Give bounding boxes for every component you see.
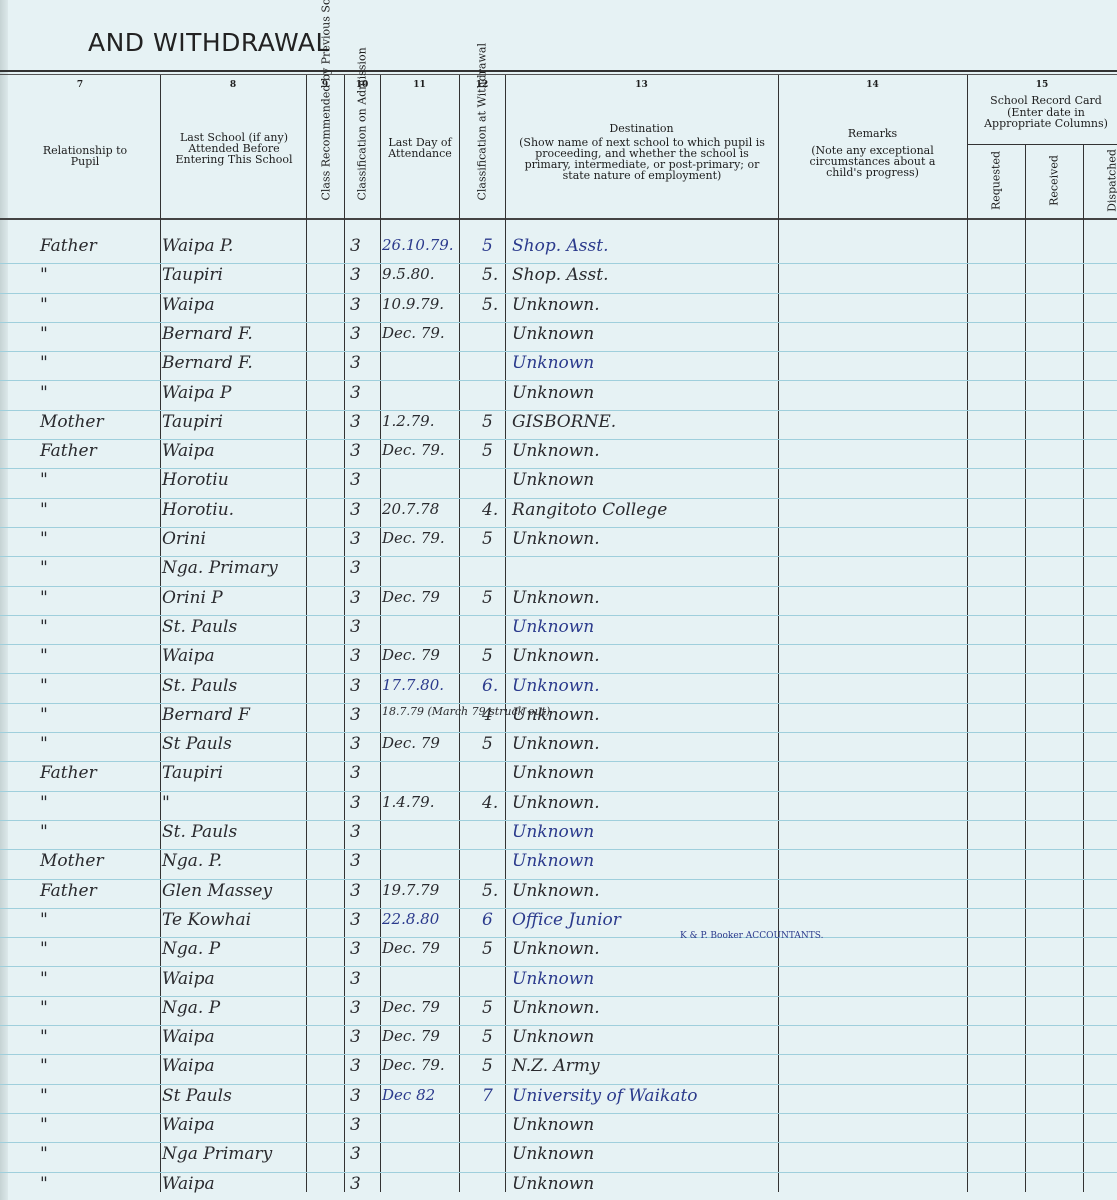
classification-withdrawal-cell: 5. [482,295,498,315]
register-row: "Taupiri39.5.80.5.Shop. Asst. [0,263,1117,293]
destination-cell: Unknown [512,969,594,989]
register-row: "St Pauls3Dec 827University of Waikato [0,1084,1117,1114]
last-school-cell: Waipa [162,646,215,666]
last-day-cell: Dec. 79. [382,441,445,459]
destination-cell: Rangitoto College [512,500,667,520]
last-school-cell: Nga. P [162,998,220,1018]
register-row: "Bernard F.3Dec. 79.Unknown [0,322,1117,352]
classification-admission-cell: 3 [350,1115,361,1135]
classification-withdrawal-cell: 5 [482,412,493,432]
destination-cell: Unknown [512,324,594,344]
last-day-cell: 9.5.80. [382,265,434,283]
classification-admission-cell: 3 [350,265,361,285]
register-row: "Waipa3Dec. 795Unknown. [0,644,1117,674]
relationship-cell: Mother [40,412,104,432]
relationship-cell: " [40,324,48,344]
classification-admission-cell: 3 [350,236,361,256]
last-school-cell: Nga. P. [162,851,222,871]
relationship-cell: " [40,822,48,842]
relationship-cell: " [40,1027,48,1047]
last-school-cell: Bernard F. [162,353,253,373]
relationship-cell: " [40,646,48,666]
register-row: "Horotiu3Unknown [0,468,1117,498]
col15-number: 15 [967,80,1117,90]
last-school-cell: Waipa [162,1056,215,1076]
classification-withdrawal-cell: 5. [482,265,498,285]
relationship-cell: " [40,353,48,373]
classification-withdrawal-cell: 4 [482,705,493,725]
destination-cell: Unknown. [512,793,600,813]
relationship-cell: " [40,1174,48,1194]
col10-label: Classification on Admission [357,81,368,201]
register-row: "Nga. P3Dec. 795Unknown.K & P. Booker AC… [0,937,1117,967]
last-school-cell: Bernard F. [162,324,253,344]
register-row: "Nga Primary3Unknown [0,1142,1117,1172]
register-row: "Orini3Dec. 79.5Unknown. [0,527,1117,557]
last-school-cell: St. Pauls [162,617,237,637]
last-day-cell: 1.4.79. [382,793,434,811]
relationship-cell: Father [40,763,97,783]
col14-label: Remarks [778,128,967,139]
last-day-cell: Dec. 79. [382,529,445,547]
destination-cell: N.Z. Army [512,1056,600,1076]
col15-received-label: Received [1049,136,1060,226]
last-day-cell: 1.2.79. [382,412,434,430]
classification-withdrawal-cell: 5 [482,236,493,256]
register-row: "Nga. P3Dec. 795Unknown. [0,996,1117,1026]
col15-label: School Record Card [975,95,1117,106]
relationship-cell: " [40,529,48,549]
register-row: FatherWaipa P.326.10.79.5Shop. Asst. [0,234,1117,264]
page-title: AND WITHDRAWAL [88,28,330,57]
register-row: "Waipa3Unknown [0,967,1117,997]
last-day-cell: 10.9.79. [382,295,444,313]
classification-admission-cell: 3 [350,1144,361,1164]
header-bottom-rule [0,218,1117,220]
col15-note: (Enter date in Appropriate Columns) [975,107,1117,129]
destination-cell: Unknown. [512,676,600,696]
destination-cell: Shop. Asst. [512,236,608,256]
register-row: "Waipa3Dec. 795Unknown [0,1025,1117,1055]
classification-withdrawal-cell: 6. [482,676,498,696]
destination-cell: Unknown. [512,939,600,959]
relationship-cell: " [40,558,48,578]
col13-number: 13 [505,80,778,90]
last-day-cell: Dec. 79 [382,646,440,664]
last-day-cell: Dec. 79. [382,1056,445,1074]
relationship-cell: " [40,910,48,930]
register-row: "St. Pauls3Unknown [0,615,1117,645]
classification-admission-cell: 3 [350,939,361,959]
relationship-cell: Father [40,881,97,901]
destination-cell: Unknown [512,470,594,490]
classification-withdrawal-cell: 5 [482,529,493,549]
classification-admission-cell: 3 [350,588,361,608]
register-row: FatherTaupiri3Unknown [0,761,1117,791]
remarks-cell: K & P. Booker ACCOUNTANTS. [680,931,824,941]
register-row: FatherWaipa3Dec. 79.5Unknown. [0,439,1117,469]
relationship-cell: " [40,588,48,608]
last-school-cell: " [162,793,170,813]
destination-cell: Unknown. [512,734,600,754]
last-school-cell: Waipa [162,1174,215,1194]
last-school-cell: Taupiri [162,265,223,285]
classification-admission-cell: 3 [350,676,361,696]
classification-admission-cell: 3 [350,1027,361,1047]
classification-admission-cell: 3 [350,646,361,666]
last-day-cell: Dec. 79 [382,1027,440,1045]
relationship-cell: " [40,969,48,989]
last-school-cell: Horotiu. [162,500,234,520]
destination-cell: Unknown. [512,705,600,725]
last-school-cell: Horotiu [162,470,229,490]
last-school-cell: Nga. P [162,939,220,959]
relationship-cell: " [40,500,48,520]
classification-admission-cell: 3 [350,441,361,461]
relationship-cell: " [40,383,48,403]
destination-cell: Unknown [512,822,594,842]
register-row: "Horotiu.320.7.784.Rangitoto College [0,498,1117,528]
destination-cell: University of Waikato [512,1086,698,1106]
last-school-cell: Taupiri [162,412,223,432]
relationship-cell: " [40,265,48,285]
last-school-cell: Waipa P [162,383,231,403]
register-row: ""31.4.79.4.Unknown. [0,791,1117,821]
classification-admission-cell: 3 [350,353,361,373]
last-school-cell: Nga. Primary [162,558,278,578]
classification-admission-cell: 3 [350,617,361,637]
classification-withdrawal-cell: 4. [482,500,498,520]
destination-cell: Unknown. [512,529,600,549]
destination-cell: Unknown [512,1144,594,1164]
classification-admission-cell: 3 [350,822,361,842]
register-row: MotherTaupiri31.2.79.5GISBORNE. [0,410,1117,440]
classification-admission-cell: 3 [350,969,361,989]
destination-cell: GISBORNE. [512,412,616,432]
last-school-cell: Waipa [162,1027,215,1047]
classification-admission-cell: 3 [350,910,361,930]
classification-withdrawal-cell: 5 [482,441,493,461]
last-day-cell: 17.7.80. [382,676,444,694]
last-school-cell: St. Pauls [162,822,237,842]
register-row: "Waipa P3Unknown [0,381,1117,411]
header-top-rule-2 [0,74,1117,75]
last-school-cell: Waipa [162,295,215,315]
last-school-cell: Te Kowhai [162,910,251,930]
last-school-cell: St Pauls [162,734,232,754]
register-row: "Orini P3Dec. 795Unknown. [0,586,1117,616]
classification-admission-cell: 3 [350,558,361,578]
destination-cell: Unknown [512,383,594,403]
destination-cell: Unknown [512,353,594,373]
last-day-cell: 26.10.79. [382,236,454,254]
register-row: "Waipa3Unknown [0,1172,1117,1200]
relationship-cell: Father [40,441,97,461]
destination-cell: Unknown. [512,998,600,1018]
register-row: "Bernard F318.7.79 (March 79 struck out)… [0,703,1117,733]
classification-withdrawal-cell: 5 [482,734,493,754]
relationship-cell: " [40,734,48,754]
destination-cell: Unknown [512,1027,594,1047]
register-row: "St. Pauls3Unknown [0,820,1117,850]
relationship-cell: " [40,998,48,1018]
last-day-cell: 19.7.79 [382,881,439,899]
last-school-cell: Glen Massey [162,881,272,901]
destination-cell: Office Junior [512,910,621,930]
header-top-rule [0,70,1117,72]
col7-label: Relationship to Pupil [40,145,130,167]
col11-label: Last Day of Attendance [385,137,455,159]
classification-withdrawal-cell: 5. [482,881,498,901]
destination-cell: Unknown [512,617,594,637]
classification-admission-cell: 3 [350,998,361,1018]
classification-withdrawal-cell: 4. [482,793,498,813]
last-school-cell: Waipa P. [162,236,233,256]
col14-note: (Note any exceptional circumstances abou… [800,145,945,178]
classification-admission-cell: 3 [350,1056,361,1076]
col8-number: 8 [160,80,306,90]
col15-requested-label: Requested [991,136,1002,226]
classification-admission-cell: 3 [350,500,361,520]
classification-admission-cell: 3 [350,705,361,725]
last-school-cell: Nga Primary [162,1144,272,1164]
last-day-cell: Dec. 79. [382,324,445,342]
col15-dispatched-label: Dispatched [1107,136,1117,226]
last-day-cell: 22.8.80 [382,910,439,928]
register-row: "Waipa310.9.79.5.Unknown. [0,293,1117,323]
col14-number: 14 [778,80,967,90]
classification-admission-cell: 3 [350,734,361,754]
last-school-cell: Taupiri [162,763,223,783]
classification-admission-cell: 3 [350,383,361,403]
relationship-cell: " [40,793,48,813]
last-day-cell: 20.7.78 [382,500,439,518]
col11-number: 11 [380,80,459,90]
destination-cell: Unknown. [512,295,600,315]
classification-withdrawal-cell: 5 [482,588,493,608]
classification-withdrawal-cell: 6 [482,910,493,930]
last-day-cell: Dec. 79 [382,939,440,957]
classification-admission-cell: 3 [350,324,361,344]
last-school-cell: St. Pauls [162,676,237,696]
register-row: FatherGlen Massey319.7.795.Unknown. [0,879,1117,909]
register-row: "Nga. Primary3 [0,556,1117,586]
destination-cell: Unknown [512,1115,594,1135]
register-row: "Waipa3Dec. 79.5N.Z. Army [0,1054,1117,1084]
relationship-cell: Mother [40,851,104,871]
last-school-cell: Waipa [162,1115,215,1135]
destination-cell: Unknown [512,1174,594,1194]
relationship-cell: " [40,1144,48,1164]
register-row: "St Pauls3Dec. 795Unknown. [0,732,1117,762]
col8-label: Last School (if any) Attended Before Ent… [170,132,298,165]
classification-withdrawal-cell: 5 [482,1056,493,1076]
classification-admission-cell: 3 [350,763,361,783]
destination-cell: Unknown. [512,588,600,608]
classification-admission-cell: 3 [350,1174,361,1194]
last-day-cell: Dec. 79 [382,734,440,752]
relationship-cell: " [40,295,48,315]
register-row: "Bernard F.3Unknown [0,351,1117,381]
col12-label: Classification at Withdrawal [477,81,488,201]
classification-admission-cell: 3 [350,412,361,432]
register-row: "Waipa3Unknown [0,1113,1117,1143]
classification-withdrawal-cell: 5 [482,646,493,666]
last-school-cell: St Pauls [162,1086,232,1106]
last-day-cell: Dec. 79 [382,588,440,606]
last-day-cell: Dec 82 [382,1086,435,1104]
col7-number: 7 [0,80,160,90]
destination-cell: Unknown. [512,646,600,666]
destination-cell: Unknown [512,851,594,871]
classification-withdrawal-cell: 7 [482,1086,493,1106]
classification-withdrawal-cell: 5 [482,939,493,959]
classification-admission-cell: 3 [350,470,361,490]
register-row: "St. Pauls317.7.80.6.Unknown. [0,674,1117,704]
last-school-cell: Waipa [162,441,215,461]
classification-withdrawal-cell: 5 [482,1027,493,1047]
col13-note: (Show name of next school to which pupil… [512,137,772,181]
last-school-cell: Orini [162,529,206,549]
destination-cell: Unknown. [512,441,600,461]
classification-withdrawal-cell: 5 [482,998,493,1018]
relationship-cell: " [40,470,48,490]
destination-cell: Unknown. [512,881,600,901]
col9-label: Class Recommended by Previous School [321,81,332,201]
last-school-cell: Bernard F [162,705,250,725]
classification-admission-cell: 3 [350,295,361,315]
classification-admission-cell: 3 [350,529,361,549]
last-school-cell: Waipa [162,969,215,989]
register-row: MotherNga. P.3Unknown [0,849,1117,879]
last-school-cell: Orini P [162,588,223,608]
relationship-cell: " [40,1115,48,1135]
relationship-cell: " [40,676,48,696]
destination-cell: Unknown [512,763,594,783]
relationship-cell: Father [40,236,97,256]
relationship-cell: " [40,1056,48,1076]
relationship-cell: " [40,705,48,725]
relationship-cell: " [40,617,48,637]
register-row: "Te Kowhai322.8.806Office Junior [0,908,1117,938]
last-day-cell: Dec. 79 [382,998,440,1016]
classification-admission-cell: 3 [350,793,361,813]
relationship-cell: " [40,939,48,959]
relationship-cell: " [40,1086,48,1106]
destination-cell: Shop. Asst. [512,265,608,285]
col13-label: Destination [505,123,778,134]
classification-admission-cell: 3 [350,1086,361,1106]
classification-admission-cell: 3 [350,881,361,901]
classification-admission-cell: 3 [350,851,361,871]
